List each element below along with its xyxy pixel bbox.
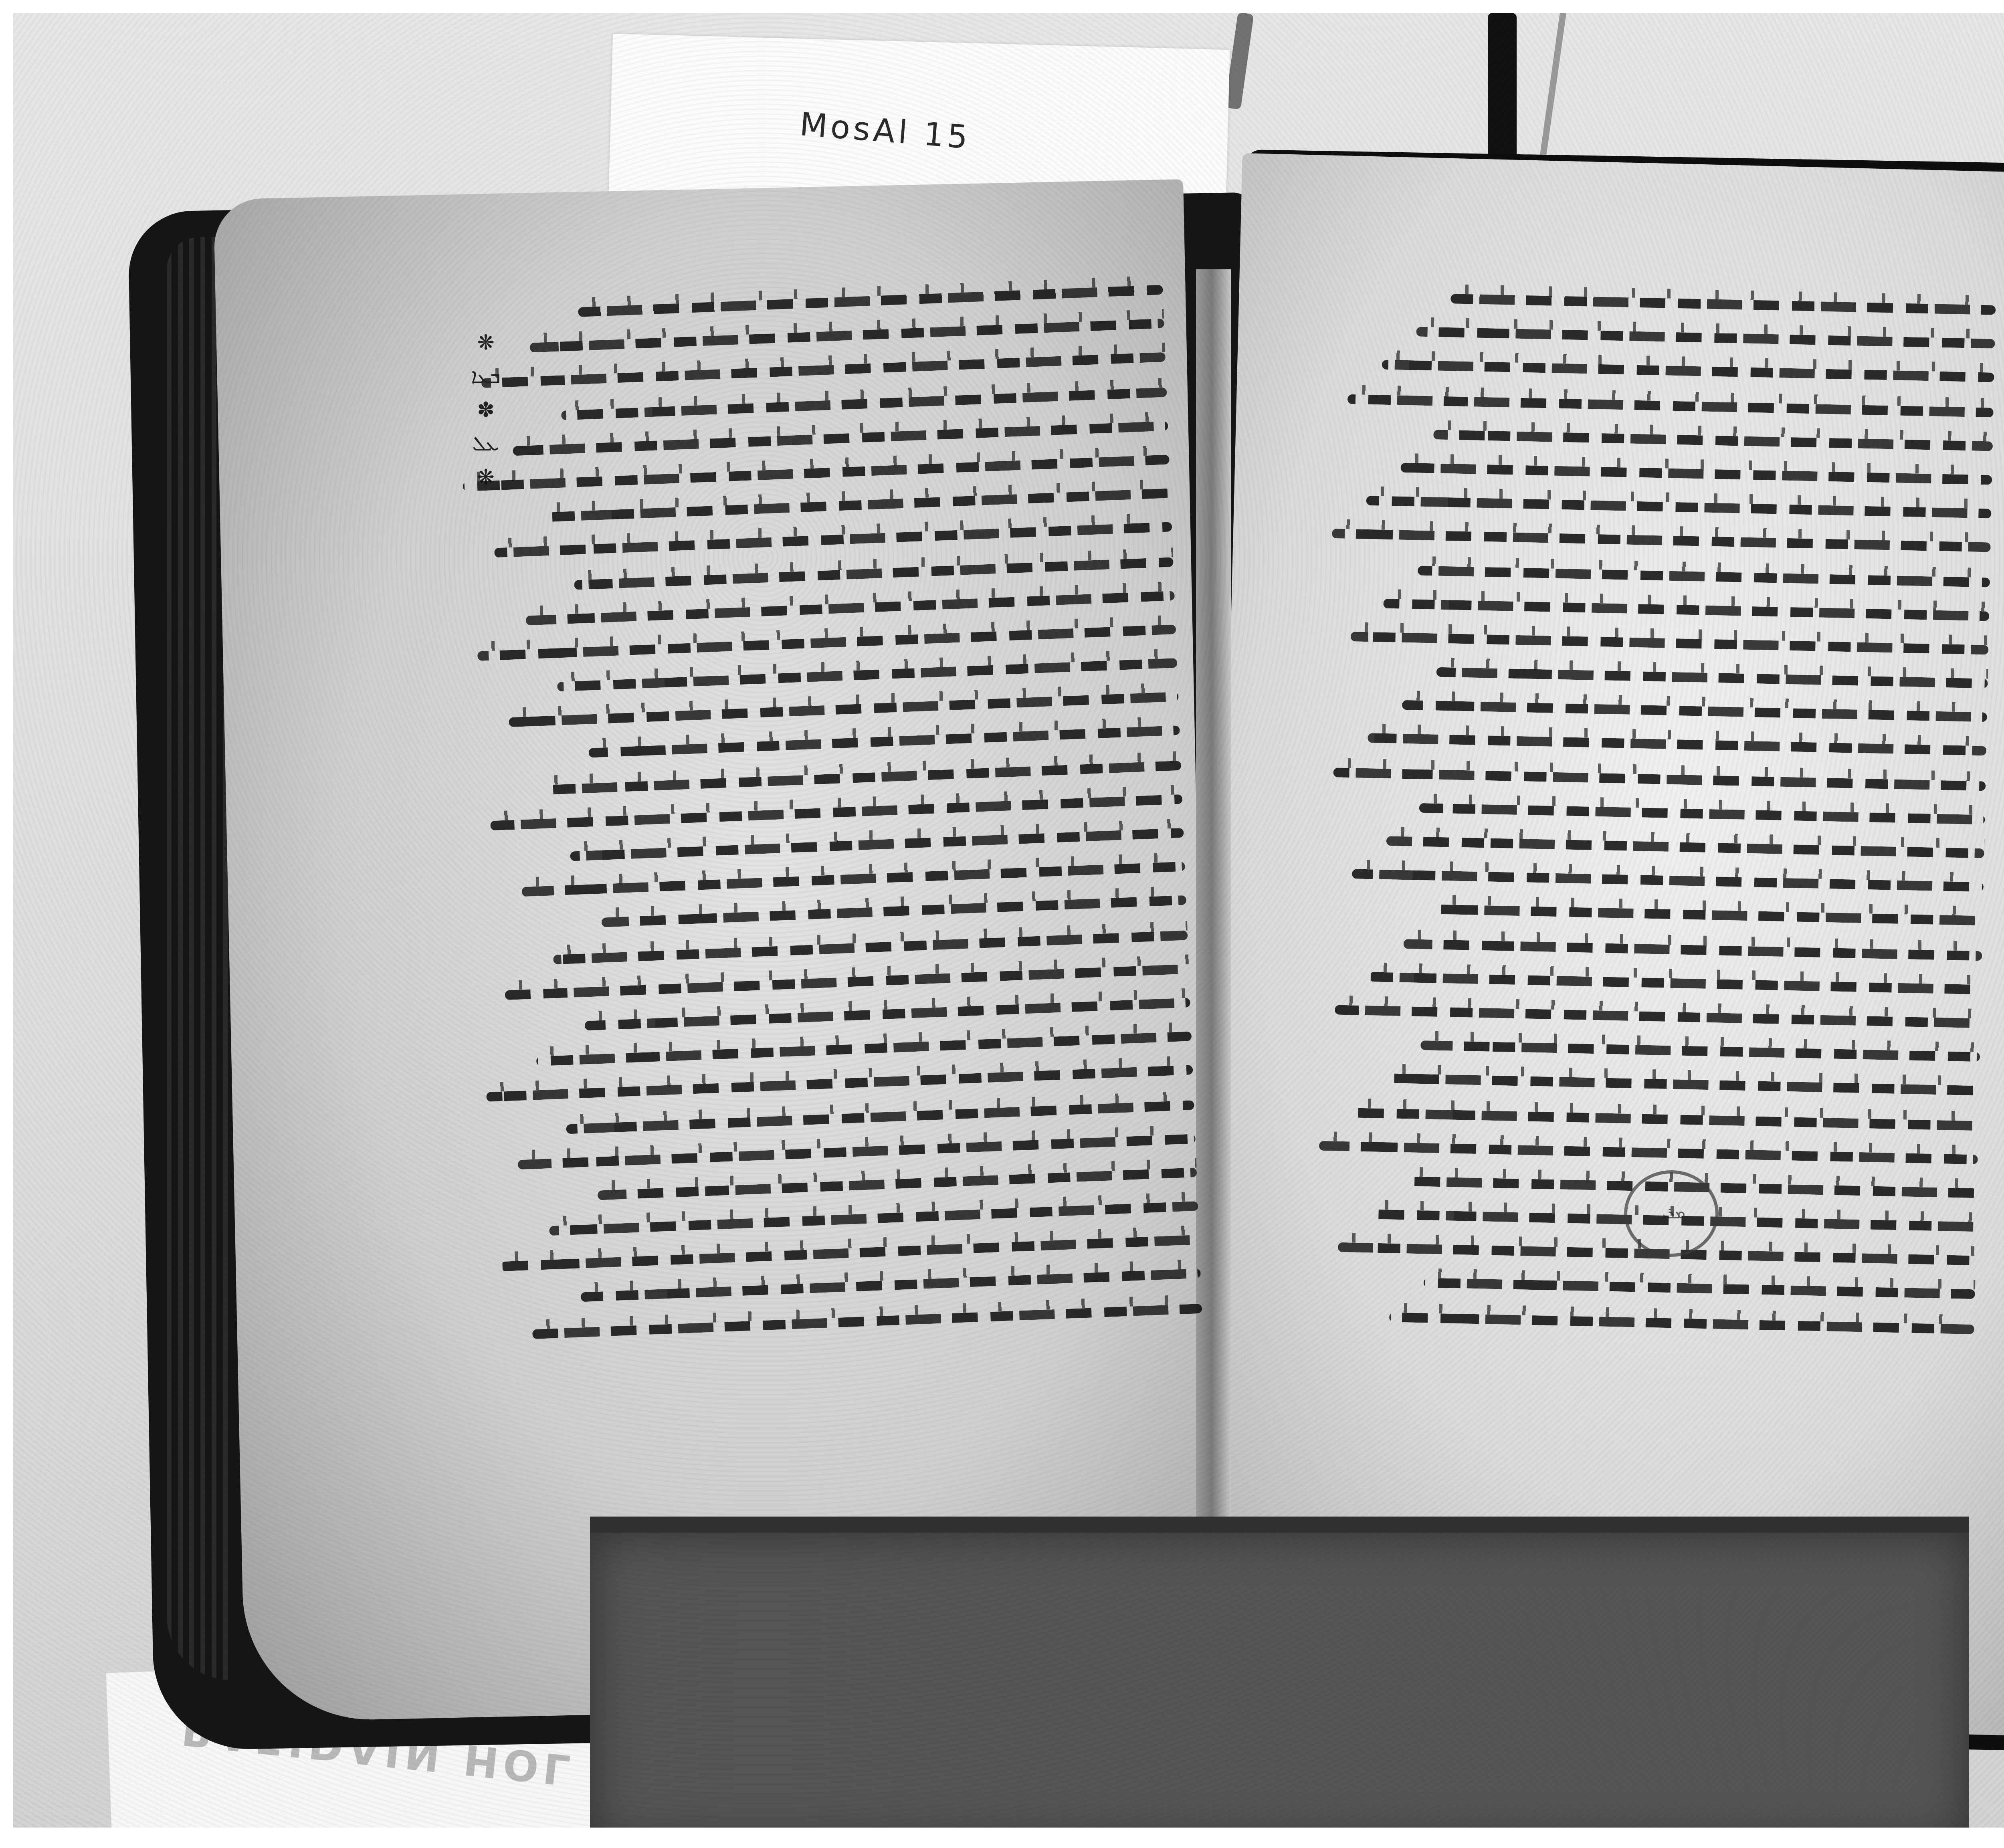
manuscript-text-line bbox=[1319, 1141, 1978, 1164]
manuscript-text-line bbox=[1369, 971, 1981, 994]
manuscript-text-line bbox=[1386, 836, 1984, 858]
manuscript-text-line bbox=[1382, 360, 1994, 383]
manuscript-text-line bbox=[1402, 701, 1987, 723]
manuscript-text-line bbox=[1423, 1278, 1975, 1300]
ownership-seal-icon: ܡܪܝ bbox=[1624, 1170, 1719, 1257]
manuscript-text-line bbox=[1335, 1005, 1981, 1028]
manuscript-text-line bbox=[1366, 496, 1992, 519]
manuscript-photograph: MosAl 15 RAFIDAIN HOL ❋ ܒܥܐ ✽ ܥܠ ❋ :: ܡܪ… bbox=[13, 13, 2004, 1828]
manuscript-text-line bbox=[1400, 463, 1992, 485]
manuscript-text-line bbox=[1450, 294, 1996, 315]
manuscript-text-line bbox=[1334, 767, 1986, 790]
manuscript-text-line bbox=[1416, 327, 1995, 349]
manuscript-text-line bbox=[1389, 1312, 1974, 1334]
manuscript-text-line bbox=[1420, 803, 1985, 824]
manuscript-text-line bbox=[1421, 1041, 1980, 1062]
manuscript-text-line bbox=[1387, 1074, 1980, 1096]
support-book bbox=[590, 1517, 1969, 1828]
manuscript-text-line bbox=[1350, 632, 1989, 654]
left-page-text-block bbox=[450, 285, 1203, 1365]
manuscript-text-line bbox=[1353, 1107, 1979, 1130]
manuscript-text-line bbox=[1368, 734, 1986, 756]
manuscript-text-line bbox=[1436, 667, 1988, 689]
manuscript-text-line bbox=[1403, 938, 1982, 960]
book-gutter bbox=[1196, 269, 1231, 1536]
seal-text: ܡܪܝ bbox=[1657, 1205, 1685, 1222]
photo-stage: MosAl 15 RAFIDAIN HOL ❋ ܒܥܐ ✽ ܥܠ ❋ :: ܡܪ… bbox=[0, 0, 2004, 1848]
manuscript-text-line bbox=[532, 1303, 1202, 1338]
manuscript-text-line bbox=[1348, 394, 1994, 417]
manuscript-text-line bbox=[1434, 429, 1993, 450]
manuscript-text-line bbox=[1351, 869, 1984, 892]
manuscript-text-line bbox=[602, 896, 1186, 928]
manuscript-text-line bbox=[1384, 598, 1990, 621]
manuscript-text-line bbox=[1332, 529, 1991, 552]
shelfmark-label: MosAl 15 bbox=[798, 105, 972, 156]
manuscript-text-line bbox=[1418, 565, 1990, 587]
manuscript-text-line bbox=[1437, 905, 1983, 926]
